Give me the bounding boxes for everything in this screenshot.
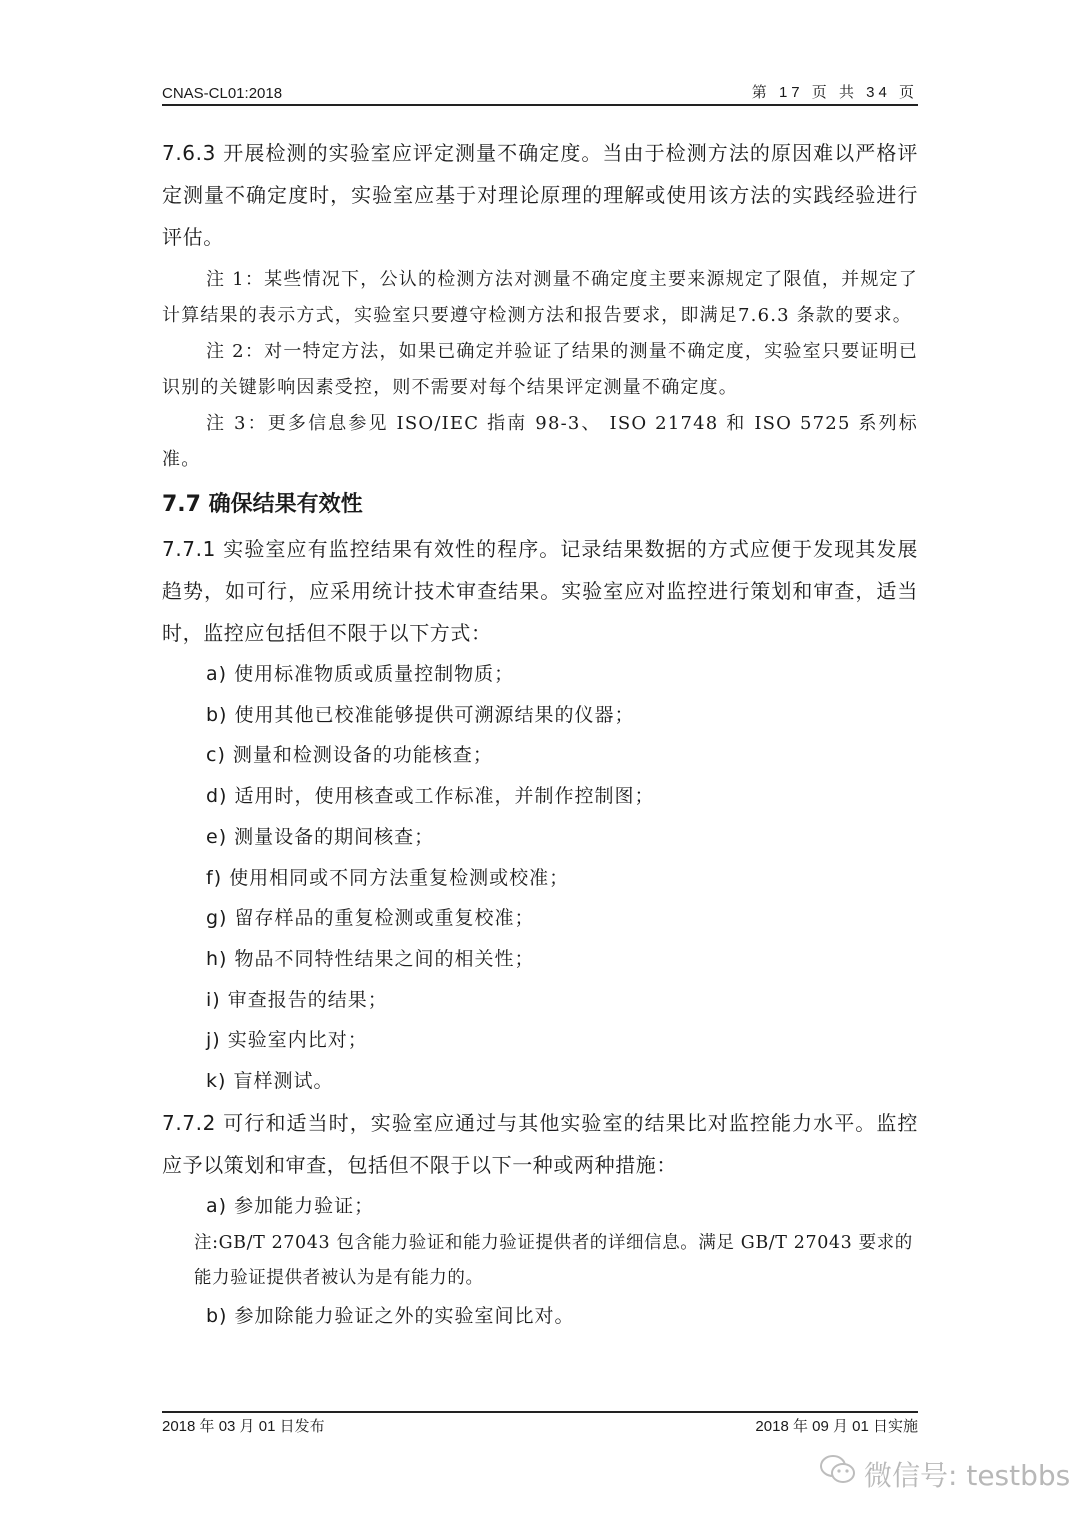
document-body: 7.6.3 开展检测的实验室应评定测量不确定度。当由于检测方法的原因难以严格评定… bbox=[162, 132, 918, 1337]
list-item: j) 实验室内比对； bbox=[162, 1020, 918, 1061]
effective-date: 2018 年 09 月 01 日实施 bbox=[755, 1415, 918, 1436]
note-gbt-27043: 注:GB/T 27043 包含能力验证和能力验证提供者的详细信息。满足 GB/T… bbox=[162, 1226, 918, 1296]
note-1: 注 1：某些情况下，公认的检测方法对测量不确定度主要来源规定了限值，并规定了计算… bbox=[162, 262, 918, 334]
doc-id: CNAS-CL01:2018 bbox=[162, 85, 282, 102]
clause-7-7-1: 7.7.1 实验室应有监控结果有效性的程序。记录结果数据的方式应便于发现其发展趋… bbox=[162, 528, 918, 654]
note-2: 注 2：对一特定方法，如果已确定并验证了结果的测量不确定度，实验室只要证明已识别… bbox=[162, 334, 918, 406]
list-item: k) 盲样测试。 bbox=[162, 1061, 918, 1102]
page-header: CNAS-CL01:2018 第 17 页 共 34 页 bbox=[162, 76, 918, 106]
list-item: e) 测量设备的期间核查； bbox=[162, 817, 918, 858]
monitoring-list: a) 使用标准物质或质量控制物质； b) 使用其他已校准能够提供可溯源结果的仪器… bbox=[162, 654, 918, 1102]
list-item: h) 物品不同特性结果之间的相关性； bbox=[162, 939, 918, 980]
clause-7-7-2: 7.7.2 可行和适当时，实验室应通过与其他实验室的结果比对监控能力水平。监控应… bbox=[162, 1102, 918, 1186]
list-item: b) 使用其他已校准能够提供可溯源结果的仪器； bbox=[162, 695, 918, 736]
wechat-icon bbox=[818, 1452, 864, 1495]
list-item: a) 使用标准物质或质量控制物质； bbox=[162, 654, 918, 695]
section-title-7-7: 7.7 确保结果有效性 bbox=[162, 482, 918, 528]
list-item: a) 参加能力验证； bbox=[162, 1186, 918, 1227]
watermark-text: 微信号: testbbs bbox=[864, 1454, 1070, 1494]
list-item: f) 使用相同或不同方法重复检测或校准； bbox=[162, 858, 918, 899]
publish-date: 2018 年 03 月 01 日发布 bbox=[162, 1415, 325, 1436]
list-item: i) 审查报告的结果； bbox=[162, 980, 918, 1021]
list-item: b) 参加除能力验证之外的实验室间比对。 bbox=[162, 1296, 918, 1337]
list-item: g) 留存样品的重复检测或重复校准； bbox=[162, 898, 918, 939]
watermark: 微信号: testbbs bbox=[818, 1452, 1070, 1495]
page-info: 第 17 页 共 34 页 bbox=[752, 81, 918, 102]
clause-7-6-3: 7.6.3 开展检测的实验室应评定测量不确定度。当由于检测方法的原因难以严格评定… bbox=[162, 132, 918, 258]
list-item: d) 适用时，使用核查或工作标准，并制作控制图； bbox=[162, 776, 918, 817]
list-item: c) 测量和检测设备的功能核查； bbox=[162, 735, 918, 776]
page-footer: 2018 年 03 月 01 日发布 2018 年 09 月 01 日实施 bbox=[162, 1411, 918, 1436]
note-3: 注 3：更多信息参见 ISO/IEC 指南 98-3、 ISO 21748 和 … bbox=[162, 406, 918, 478]
